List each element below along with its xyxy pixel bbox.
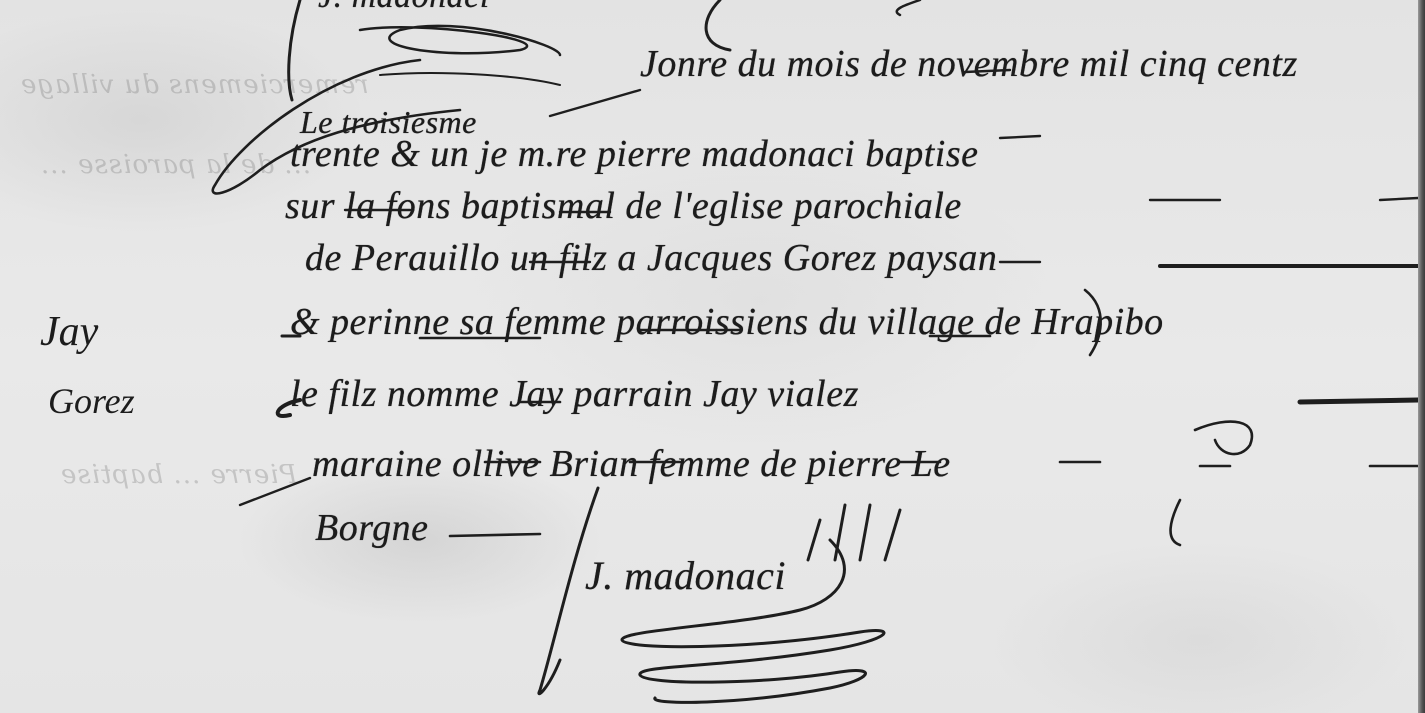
binding-edge	[1418, 0, 1425, 713]
bleed-through-text: remerciemens du village	[20, 70, 369, 100]
entry-line-8: maraine ollive Brian femme de pierre Le	[312, 442, 951, 486]
signature-name: J. madonaci	[585, 552, 786, 599]
margin-name-first: Jay	[40, 308, 98, 356]
bleed-through-text: ... de la paroisse ...	[40, 150, 311, 180]
entry-line-4: sur la fons baptismal de l'eglise paroch…	[285, 184, 962, 228]
margin-name-last: Gorez	[48, 380, 135, 422]
entry-line-1: Jonre du mois de novembre mil cinq centz	[640, 42, 1298, 86]
entry-line-7: le filz nomme Jay parrain Jay vialez	[290, 372, 859, 416]
manuscript-page: remerciemens du village ... de la parois…	[0, 0, 1425, 713]
ink-flourishes	[0, 0, 1425, 713]
top-signature-fragment: J. madonaci	[318, 0, 490, 16]
entry-line-3: trente & un je m.re pierre madonaci bapt…	[290, 132, 979, 176]
entry-line-5: de Perauillo un filz a Jacques Gorez pay…	[305, 236, 997, 280]
bleed-through-text: Pierre ... baptise	[60, 460, 297, 490]
entry-line-6: & perinne sa femme parroissiens du villa…	[290, 300, 1164, 344]
entry-line-9: Borgne	[315, 506, 428, 550]
